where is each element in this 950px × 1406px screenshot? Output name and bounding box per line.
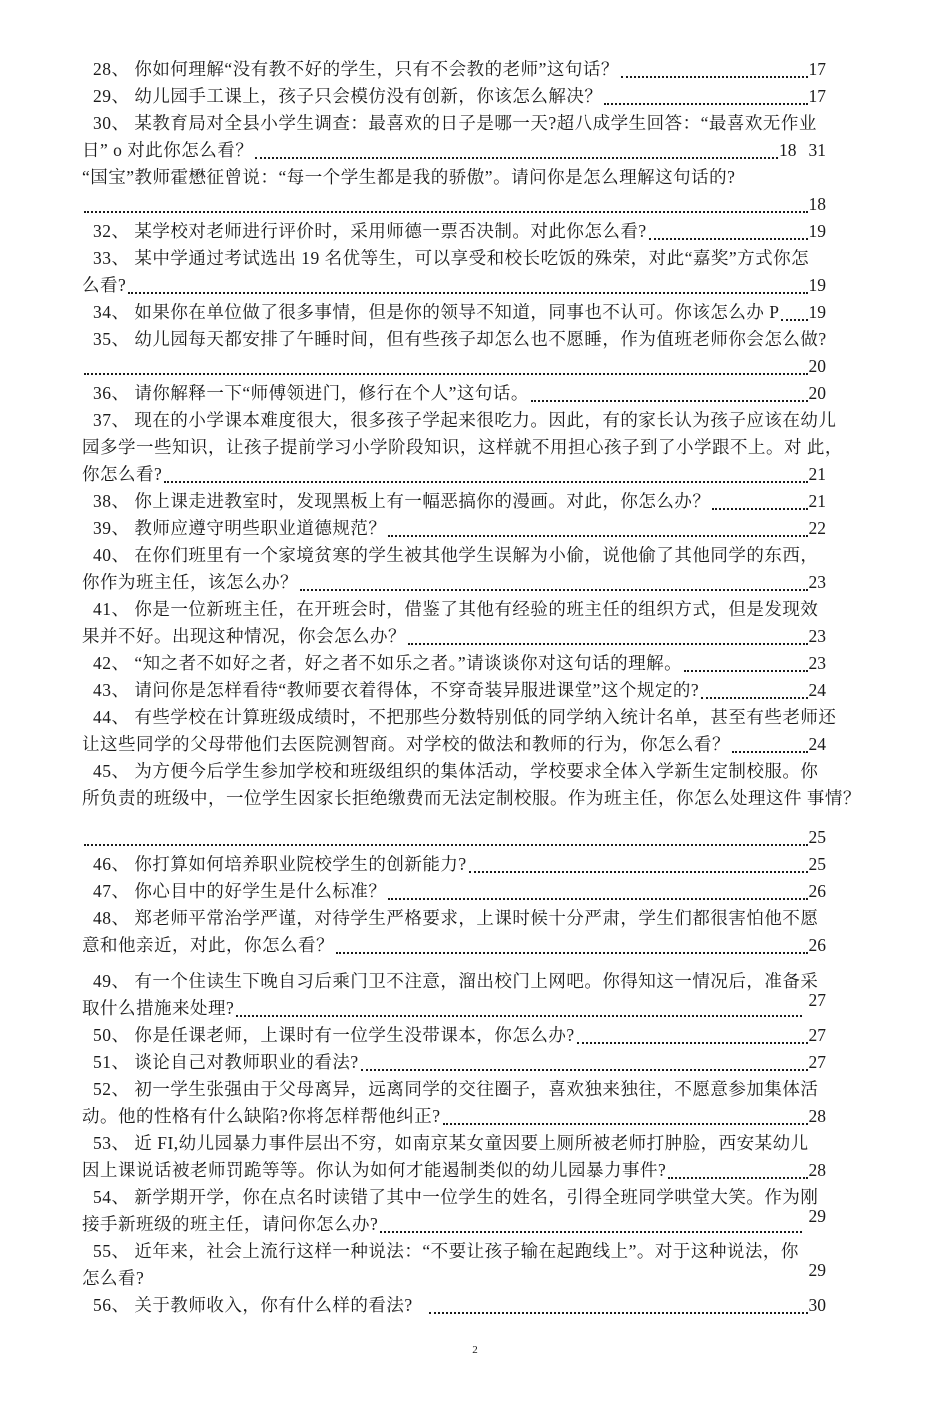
toc-entry-text: 么看?: [82, 272, 126, 299]
toc-line: 41、 你是一位新班主任，在开班会时，借鉴了其他有经验的班主任的组织方式，但是发…: [82, 596, 826, 623]
toc-entry-text: 46、 你打算如何培养职业院校学生的创新能力?: [82, 851, 467, 878]
page-number: 29: [809, 1257, 827, 1284]
toc-line: 你作为班主任，该怎么办？23: [82, 569, 826, 596]
toc-entry-text: 意和他亲近，对此，你怎么看？: [82, 932, 334, 959]
toc-line: 20: [82, 353, 826, 380]
toc-line: 28、 你如何理解“没有教不好的学生，只有不会教的老师”这句话？17: [82, 56, 826, 83]
toc-entry-37: 37、 现在的小学课本难度很大，很多孩子学起来很吃力。因此，有的家长认为孩子应该…: [82, 407, 826, 488]
toc-entry-44: 44、 有些学校在计算班级成绩时，不把那些分数特别低的同学纳入统计名单，甚至有些…: [82, 704, 826, 758]
toc-entry-54: 54、 新学期开学，你在点名时读错了其中一位学生的姓名，引得全班同学哄堂大笑。作…: [82, 1184, 826, 1238]
dot-leader: [128, 292, 807, 294]
toc-line: 35、 幼儿园每天都安排了午睡时间，但有些孩子却怎么也不愿睡，作为值班老师你会怎…: [82, 326, 826, 353]
toc-line: 52、 初一学生张强由于父母离异，远离同学的交往圈子，喜欢独来独往，不愿意参加集…: [82, 1076, 826, 1103]
page-number: 17: [809, 56, 827, 83]
toc-entry-text: 51、 谈论自己对教师职业的看法?: [82, 1049, 359, 1076]
toc-line: 日” o 对此你怎么看？1831: [82, 137, 826, 164]
toc-line: 37、 现在的小学课本难度很大，很多孩子学起来很吃力。因此，有的家长认为孩子应该…: [82, 407, 826, 434]
toc-entry-53: 53、 近 FI,幼儿园暴力事件层出不穷，如南京某女童因要上厕所被老师打肿脸，西…: [82, 1130, 826, 1184]
toc-line: 意和他亲近，对此，你怎么看？26: [82, 932, 826, 959]
toc-entry-text: 47、 你心目中的好学生是什么标准？: [82, 878, 386, 905]
toc-line: 33、 某中学通过考试选出 19 名优等生，可以享受和校长吃饭的殊荣，对此“嘉奖…: [82, 245, 826, 272]
toc-list: 28、 你如何理解“没有教不好的学生，只有不会教的老师”这句话？1729、 幼儿…: [82, 56, 826, 1319]
toc-entry-text: 29、 幼儿园手工课上，孩子只会模仿没有创新，你该怎么解决？: [82, 83, 602, 110]
toc-entry-text: 你怎么看?: [82, 461, 162, 488]
toc-entry-36: 36、 请你解释一下“师傅领进门，修行在个人”这句话。20: [82, 380, 826, 407]
dot-leader: [164, 481, 807, 483]
toc-line: 让这些同学的父母带他们去医院测智商。对学校的做法和教师的行为，你怎么看？24: [82, 731, 826, 758]
dot-leader: [429, 1312, 808, 1314]
dot-leader: [300, 589, 808, 591]
toc-entry-56: 56、 关于教师收入，你有什么样的看法?30: [82, 1292, 826, 1319]
page-number: 23: [809, 650, 827, 677]
toc-line: 49、 有一个住读生下晚自习后乘门卫不注意，溜出校门上网吧。你得知这一情况后，准…: [82, 968, 826, 995]
toc-entry-text: 怎么看?: [82, 1265, 144, 1292]
toc-entry-45: 45、 为方便今后学生参加学校和班级组织的集体活动，学校要求全体入学新生定制校服…: [82, 758, 826, 851]
toc-line: 接手新班级的班主任，请问你怎么办?29: [82, 1211, 826, 1238]
toc-entry-33: 33、 某中学通过考试选出 19 名优等生，可以享受和校长吃饭的殊荣，对此“嘉奖…: [82, 245, 826, 299]
dot-leader: [236, 1015, 801, 1017]
page-number: 18: [809, 191, 827, 218]
toc-line: 18: [82, 191, 826, 218]
toc-line: 动。他的性格有什么缺陷?你将怎样帮他纠正?28: [82, 1103, 826, 1130]
toc-entry-text: 你作为班主任，该怎么办？: [82, 569, 298, 596]
toc-entry-text: 56、 关于教师收入，你有什么样的看法?: [82, 1292, 413, 1319]
page-number: 18: [779, 137, 797, 164]
page-number: 24: [809, 731, 827, 758]
toc-entry-text: 43、 请问你是怎样看待“教师要衣着得体，不穿奇装异服进课堂”这个规定的?: [82, 677, 699, 704]
toc-entry-42: 42、 “知之者不如好之者，好之者不如乐之者。”请谈谈你对这句话的理解。23: [82, 650, 826, 677]
dot-leader: [84, 373, 808, 375]
dot-leader: [361, 1069, 808, 1071]
toc-entry-text: 42、 “知之者不如好之者，好之者不如乐之者。”请谈谈你对这句话的理解。: [82, 650, 682, 677]
toc-line: 55、 近年来，社会上流行这样一种说法：“不要让孩子输在起跑线上”。对于这种说法…: [82, 1238, 826, 1265]
page-number: 26: [809, 932, 827, 959]
dot-leader: [255, 157, 778, 159]
page-number: 30: [809, 1292, 827, 1319]
dot-leader: [684, 670, 807, 672]
toc-line: 42、 “知之者不如好之者，好之者不如乐之者。”请谈谈你对这句话的理解。23: [82, 650, 826, 677]
toc-entry-text: 32、 某学校对老师进行评价时，采用师德一票否决制。对此你怎么看?: [82, 218, 647, 245]
toc-line: 53、 近 FI,幼儿园暴力事件层出不穷，如南京某女童因要上厕所被老师打肿脸，西…: [82, 1130, 826, 1157]
toc-entry-51: 51、 谈论自己对教师职业的看法?27: [82, 1049, 826, 1076]
dot-leader: [84, 211, 808, 213]
dot-leader: [388, 898, 807, 900]
next-entry-number: 31: [809, 137, 827, 164]
toc-entry-text: 38、 你上课走进教室时，发现黑板上有一幅恶搞你的漫画。对此，你怎么办？: [82, 488, 710, 515]
page-number: 29: [809, 1203, 827, 1230]
page-number: 19: [809, 218, 827, 245]
toc-line: 38、 你上课走进教室时，发现黑板上有一幅恶搞你的漫画。对此，你怎么办？21: [82, 488, 826, 515]
toc-line: 你怎么看?21: [82, 461, 826, 488]
page-number: 19: [809, 272, 827, 299]
page-number: 27: [809, 1022, 827, 1049]
toc-entry-38: 38、 你上课走进教室时，发现黑板上有一幅恶搞你的漫画。对此，你怎么办？21: [82, 488, 826, 515]
toc-entry-text: 果并不好。出现这种情况，你会怎么办？: [82, 623, 406, 650]
page-number: 21: [809, 461, 827, 488]
toc-line: 25: [82, 824, 826, 851]
dot-leader: [668, 1177, 807, 1179]
toc-entry-29: 29、 幼儿园手工课上，孩子只会模仿没有创新，你该怎么解决？17: [82, 83, 826, 110]
toc-line: 45、 为方便今后学生参加学校和班级组织的集体活动，学校要求全体入学新生定制校服…: [82, 758, 826, 785]
toc-line: 29、 幼儿园手工课上，孩子只会模仿没有创新，你该怎么解决？17: [82, 83, 826, 110]
toc-line: 34、 如果你在单位做了很多事情，但是你的领导不知道，同事也不认可。你该怎么办 …: [82, 299, 826, 326]
dot-leader: [712, 508, 807, 510]
toc-line: 怎么看?29: [82, 1265, 826, 1292]
page-number: 24: [809, 677, 827, 704]
dot-leader: [380, 1231, 801, 1233]
toc-line: 取什么措施来处理?27: [82, 995, 826, 1022]
toc-line: 43、 请问你是怎样看待“教师要衣着得体，不穿奇装异服进课堂”这个规定的?24: [82, 677, 826, 704]
toc-line: 46、 你打算如何培养职业院校学生的创新能力?25: [82, 851, 826, 878]
toc-line: 48、 郑老师平常治学严谨，对待学生严格要求，上课时候十分严肃，学生们都很害怕他…: [82, 905, 826, 932]
page-number: 23: [809, 569, 827, 596]
document-page: 28、 你如何理解“没有教不好的学生，只有不会教的老师”这句话？1729、 幼儿…: [0, 0, 950, 1406]
page-number: 21: [809, 488, 827, 515]
toc-entry-34: 34、 如果你在单位做了很多事情，但是你的领导不知道，同事也不认可。你该怎么办 …: [82, 299, 826, 326]
toc-entry-text: 34、 如果你在单位做了很多事情，但是你的领导不知道，同事也不认可。你该怎么办 …: [82, 299, 779, 326]
toc-entry-text: 因上课说话被老师罚跪等等。你认为如何才能遏制类似的幼儿园暴力事件?: [82, 1157, 666, 1184]
dot-leader: [388, 535, 807, 537]
page-number: 19: [809, 299, 827, 326]
toc-line: 56、 关于教师收入，你有什么样的看法?30: [82, 1292, 826, 1319]
toc-line: 51、 谈论自己对教师职业的看法?27: [82, 1049, 826, 1076]
toc-line: 果并不好。出现这种情况，你会怎么办？23: [82, 623, 826, 650]
toc-entry-35: 35、 幼儿园每天都安排了午睡时间，但有些孩子却怎么也不愿睡，作为值班老师你会怎…: [82, 326, 826, 380]
toc-entry-30: 30、 某教育局对全县小学生调查：最喜欢的日子是哪一天?超八成学生回答：“最喜欢…: [82, 110, 826, 164]
toc-line: 40、 在你们班里有一个家境贫寒的学生被其他学生误解为小偷，说他偷了其他同学的东…: [82, 542, 826, 569]
toc-line: 39、 教师应遵守明些职业道德规范？22: [82, 515, 826, 542]
page-number: 25: [809, 851, 827, 878]
toc-line: 47、 你心目中的好学生是什么标准？26: [82, 878, 826, 905]
page-number: 20: [809, 380, 827, 407]
toc-entry-40: 40、 在你们班里有一个家境贫寒的学生被其他学生误解为小偷，说他偷了其他同学的东…: [82, 542, 826, 596]
toc-entry-32: 32、 某学校对老师进行评价时，采用师德一票否决制。对此你怎么看?19: [82, 218, 826, 245]
toc-line: 因上课说话被老师罚跪等等。你认为如何才能遏制类似的幼儿园暴力事件?28: [82, 1157, 826, 1184]
toc-line: 44、 有些学校在计算班级成绩时，不把那些分数特别低的同学纳入统计名单，甚至有些…: [82, 704, 826, 731]
dot-leader: [443, 1123, 808, 1125]
page-number: 26: [809, 878, 827, 905]
toc-entry-49: 49、 有一个住读生下晚自习后乘门卫不注意，溜出校门上网吧。你得知这一情况后，准…: [82, 968, 826, 1022]
toc-entry-48: 48、 郑老师平常治学严谨，对待学生严格要求，上课时候十分严肃，学生们都很害怕他…: [82, 905, 826, 959]
dot-leader: [649, 238, 808, 240]
dot-leader: [84, 844, 808, 846]
toc-entry-50: 50、 你是任课老师，上课时有一位学生没带课本，你怎么办?27: [82, 1022, 826, 1049]
toc-line: “国宝”教师霍懋征曾说：“每一个学生都是我的骄傲”。请问你是怎么理解这句话的?: [82, 164, 826, 191]
toc-entry-text: 让这些同学的父母带他们去医院测智商。对学校的做法和教师的行为，你怎么看？: [82, 731, 730, 758]
toc-line: 32、 某学校对老师进行评价时，采用师德一票否决制。对此你怎么看?19: [82, 218, 826, 245]
page-number: 20: [809, 353, 827, 380]
toc-entry-47: 47、 你心目中的好学生是什么标准？26: [82, 878, 826, 905]
page-footer-number: 2: [0, 1344, 950, 1356]
toc-entry-43: 43、 请问你是怎样看待“教师要衣着得体，不穿奇装异服进课堂”这个规定的?24: [82, 677, 826, 704]
page-number: 22: [809, 515, 827, 542]
toc-entry-31: “国宝”教师霍懋征曾说：“每一个学生都是我的骄傲”。请问你是怎么理解这句话的?1…: [82, 164, 826, 218]
toc-entry-text: 28、 你如何理解“没有教不好的学生，只有不会教的老师”这句话？: [82, 56, 619, 83]
toc-line: 54、 新学期开学，你在点名时读错了其中一位学生的姓名，引得全班同学哄堂大笑。作…: [82, 1184, 826, 1211]
page-number: 27: [809, 1049, 827, 1076]
toc-entry-text: 36、 请你解释一下“师傅领进门，修行在个人”这句话。: [82, 380, 529, 407]
dot-leader: [701, 697, 807, 699]
toc-line: 30、 某教育局对全县小学生调查：最喜欢的日子是哪一天?超八成学生回答：“最喜欢…: [82, 110, 826, 137]
toc-line: 50、 你是任课老师，上课时有一位学生没带课本，你怎么办?27: [82, 1022, 826, 1049]
toc-entry-39: 39、 教师应遵守明些职业道德规范？22: [82, 515, 826, 542]
dot-leader: [408, 643, 808, 645]
toc-entry-text: 50、 你是任课老师，上课时有一位学生没带课本，你怎么办?: [82, 1022, 575, 1049]
toc-entry-28: 28、 你如何理解“没有教不好的学生，只有不会教的老师”这句话？17: [82, 56, 826, 83]
page-number: 28: [809, 1157, 827, 1184]
page-number: 25: [809, 824, 827, 851]
toc-line: 所负责的班级中，一位学生因家长拒绝缴费而无法定制校服。作为班主任，你怎么处理这件…: [82, 785, 826, 812]
dot-leader: [604, 103, 807, 105]
toc-entry-text: 取什么措施来处理?: [82, 995, 234, 1022]
dot-leader: [531, 400, 808, 402]
page-number: 23: [809, 623, 827, 650]
toc-entry-55: 55、 近年来，社会上流行这样一种说法：“不要让孩子输在起跑线上”。对于这种说法…: [82, 1238, 826, 1292]
toc-entry-text: 动。他的性格有什么缺陷?你将怎样帮他纠正?: [82, 1103, 441, 1130]
page-number: 28: [809, 1103, 827, 1130]
page-number: 17: [809, 83, 827, 110]
toc-entry-52: 52、 初一学生张强由于父母离异，远离同学的交往圈子，喜欢独来独往，不愿意参加集…: [82, 1076, 826, 1130]
page-number: 27: [809, 987, 827, 1014]
toc-entry-text: 接手新班级的班主任，请问你怎么办?: [82, 1211, 378, 1238]
dot-leader: [732, 751, 808, 753]
toc-entry-text: 39、 教师应遵守明些职业道德规范？: [82, 515, 386, 542]
dot-leader: [336, 952, 808, 954]
dot-leader: [781, 319, 807, 321]
toc-line: 36、 请你解释一下“师傅领进门，修行在个人”这句话。20: [82, 380, 826, 407]
toc-entry-41: 41、 你是一位新班主任，在开班会时，借鉴了其他有经验的班主任的组织方式，但是发…: [82, 596, 826, 650]
dot-leader: [577, 1042, 808, 1044]
dot-leader: [621, 76, 808, 78]
dot-leader: [469, 871, 808, 873]
toc-line: 园多学一些知识，让孩子提前学习小学阶段知识，这样就不用担心孩子到了小学跟不上。对…: [82, 434, 826, 461]
toc-line: 么看?19: [82, 272, 826, 299]
toc-entry-text: 日” o 对此你怎么看？: [82, 137, 253, 164]
toc-entry-46: 46、 你打算如何培养职业院校学生的创新能力?25: [82, 851, 826, 878]
